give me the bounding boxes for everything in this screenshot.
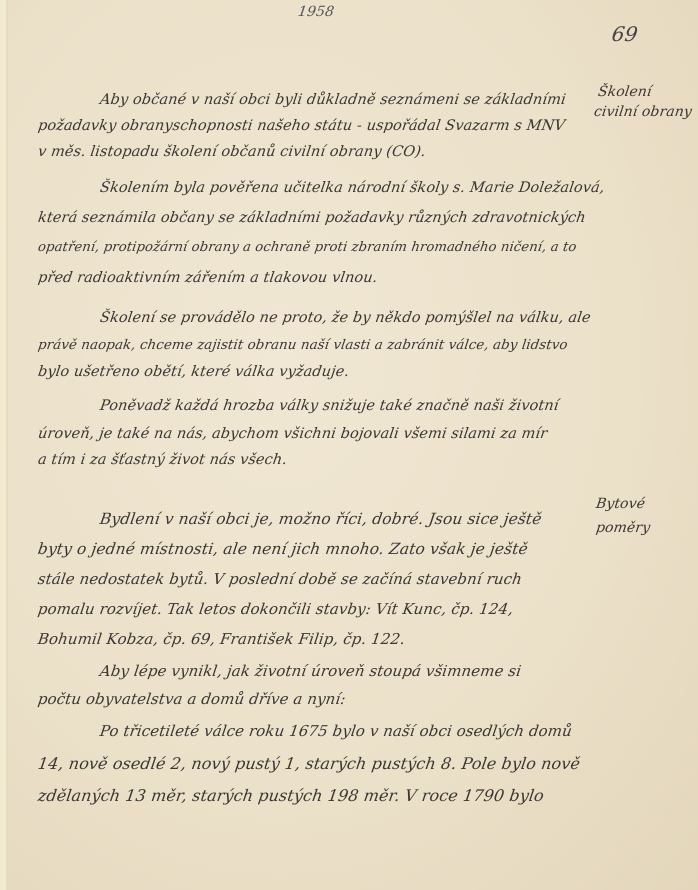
text-line: Bydlení v naší obci je, možno říci, dobr… (99, 510, 543, 528)
margin-note-training-title: Školení (597, 84, 653, 100)
margin-note-training-subtitle: civilní obrany (593, 104, 693, 120)
margin-note-housing-title: Bytové (595, 496, 646, 512)
page-number: 69 (610, 22, 639, 46)
text-line: a tím i za šťastný život nás všech. (37, 452, 288, 468)
text-line: pomalu rozvíjet. Tak letos dokončili sta… (37, 600, 515, 618)
text-line: Po třicetileté válce roku 1675 bylo v na… (99, 722, 573, 740)
text-line: bylo ušetřeno obětí, které válka vyžaduj… (37, 364, 350, 380)
text-line: právě naopak, chceme zajistit obranu naš… (37, 338, 569, 353)
margin-note-housing-subtitle: poměry (595, 520, 651, 536)
year-heading: 1958 (297, 4, 335, 20)
text-line: Poněvadž každá hrozba války snižuje také… (99, 398, 560, 414)
text-line: zdělaných 13 měr, starých pustých 198 mě… (37, 786, 546, 805)
text-line: 14, nově osedlé 2, nový pustý 1, starých… (37, 754, 582, 773)
text-line: v měs. listopadu školení občanů civilní … (37, 144, 427, 160)
text-line: která seznámila občany se základními pož… (37, 210, 587, 226)
manuscript-page: 1958 69 Školení civilní obrany Bytové po… (0, 0, 698, 890)
text-line: před radioaktivním zářením a tlakovou vl… (37, 270, 379, 286)
text-line: počtu obyvatelstva a domů dříve a nyní: (37, 690, 347, 708)
text-line: požadavky obranyschopnosti našeho státu … (37, 118, 566, 134)
text-line: Školením byla pověřena učitelka národní … (99, 180, 606, 196)
text-line: Bohumil Kobza, čp. 69, František Filip, … (37, 630, 407, 648)
text-line: Školení se provádělo ne proto, že by něk… (99, 310, 592, 326)
text-line: opatření, protipožární obrany a ochraně … (37, 240, 577, 255)
text-line: byty o jedné místnosti, ale není jich mn… (37, 540, 529, 558)
text-line: Aby občané v naší obci byli důkladně sez… (99, 92, 567, 108)
text-line: stále nedostatek bytů. V poslední době s… (37, 570, 524, 588)
text-line: Aby lépe vynikl, jak životní úroveň stou… (99, 662, 523, 680)
text-line: úroveň, je také na nás, abychom všichni … (37, 426, 548, 442)
